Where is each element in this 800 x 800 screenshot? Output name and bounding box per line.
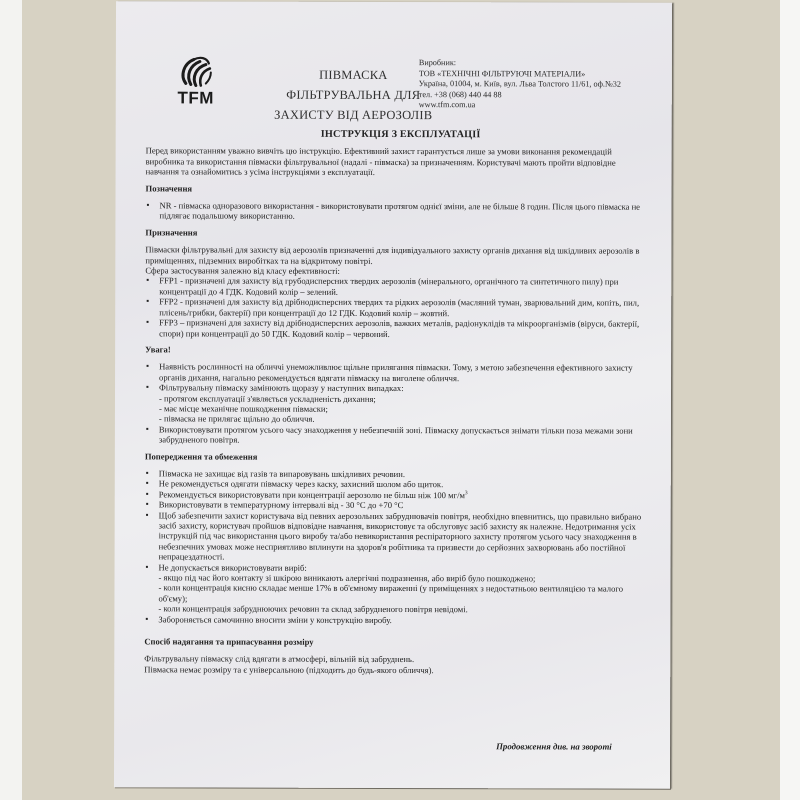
list-subitem: - коли концентрація кисню складає менше … [158,583,644,605]
section-title-warnings: Попередження та обмеження [145,451,645,463]
section-title-fitting: Спосіб надягання та припасування розміру [144,636,644,648]
tfm-logo: TFM [166,53,226,115]
document-title: ІНСТРУКЦІЯ З ЕКСПЛУАТАЦІЇ [146,129,646,141]
concentration-text: Рекомендується використовувати при конце… [159,489,465,500]
list-item: Наявність рослинності на обличчі унеможл… [145,362,645,384]
purpose-paragraph: Півмаски фільтрувальні для захисту від а… [145,245,645,267]
instruction-sheet: TFM ПІВМАСКА ФІЛЬТРУВАЛЬНА ДЛЯ ЗАХИСТУ В… [114,1,672,788]
list-item: NR - півмаска одноразового використання … [145,200,645,222]
fitting-line: Півмаска немає розміру та є універсально… [144,664,644,676]
list-item: Використовувати протягом усього часу зна… [145,424,645,446]
section-title-purpose: Призначення [145,227,645,239]
background-wall-left [0,0,22,800]
section-title-attention: Увага! [145,344,645,356]
logo-text: TFM [166,89,226,107]
product-title-line: ФІЛЬТРУВАЛЬНА ДЛЯ [266,85,441,105]
manufacturer-label: Виробник: [419,58,669,69]
list-item: Щоб забезпечити захист користувача від п… [145,510,645,563]
section-title-designation: Позначення [146,183,646,195]
product-title: ПІВМАСКА ФІЛЬТРУВАЛЬНА ДЛЯ ЗАХИСТУ ВІД А… [266,65,441,125]
list-item: Фільтрувальну півмаску замінюють щоразу … [145,382,645,425]
designation-list: NR - півмаска одноразового використання … [145,200,645,222]
sheet-header: TFM ПІВМАСКА ФІЛЬТРУВАЛЬНА ДЛЯ ЗАХИСТУ В… [116,1,672,122]
superscript: 3 [465,490,468,496]
manufacturer-company: ТОВ «ТЕХНІЧНІ ФІЛЬТРУЮЧІ МАТЕРІАЛИ» [419,69,669,80]
list-item-ffp2: FFP2 - призначені для захисту від дрібно… [145,297,645,319]
list-item-ffp1: FFP1 - призначені для захисту від грубод… [145,276,645,298]
manufacturer-address: Україна, 01004, м. Київ, вул. Льва Толст… [419,79,669,90]
product-title-line: ПІВМАСКА [266,65,441,85]
warnings-list: Півмаска не захищає від газів та випаров… [144,468,644,625]
instruction-body: ІНСТРУКЦІЯ З ЕКСПЛУАТАЦІЇ Перед використ… [144,129,645,676]
manufacturer-info: Виробник: ТОВ «ТЕХНІЧНІ ФІЛЬТРУЮЧІ МАТЕР… [419,58,669,112]
manufacturer-website: www.tfm.com.ua [419,100,669,111]
list-item-lead: Фільтрувальну півмаску замінюють щоразу … [159,383,645,395]
product-title-line: ЗАХИСТУ ВІД АЕРОЗОЛІВ [266,105,441,125]
attention-list: Наявність рослинності на обличчі унеможл… [145,362,645,447]
list-item: Не допускається використовувати виріб: -… [144,562,644,615]
efficiency-class-list: FFP1 - призначені для захисту від грубод… [145,276,645,340]
list-item: Забороняється самочинно вносити зміни у … [144,614,644,626]
list-item-ffp3: FFP3 – призначені для захисту від дрібно… [145,317,645,339]
tfm-swirl-icon [178,53,214,89]
background-wall-right [780,0,800,800]
continued-on-back-note: Продовження див. на звороті [496,741,612,751]
intro-paragraph: Перед використанням уважно вивчіть цю ін… [146,146,646,179]
manufacturer-phone: тел. +38 (068) 440 44 88 [419,90,669,101]
